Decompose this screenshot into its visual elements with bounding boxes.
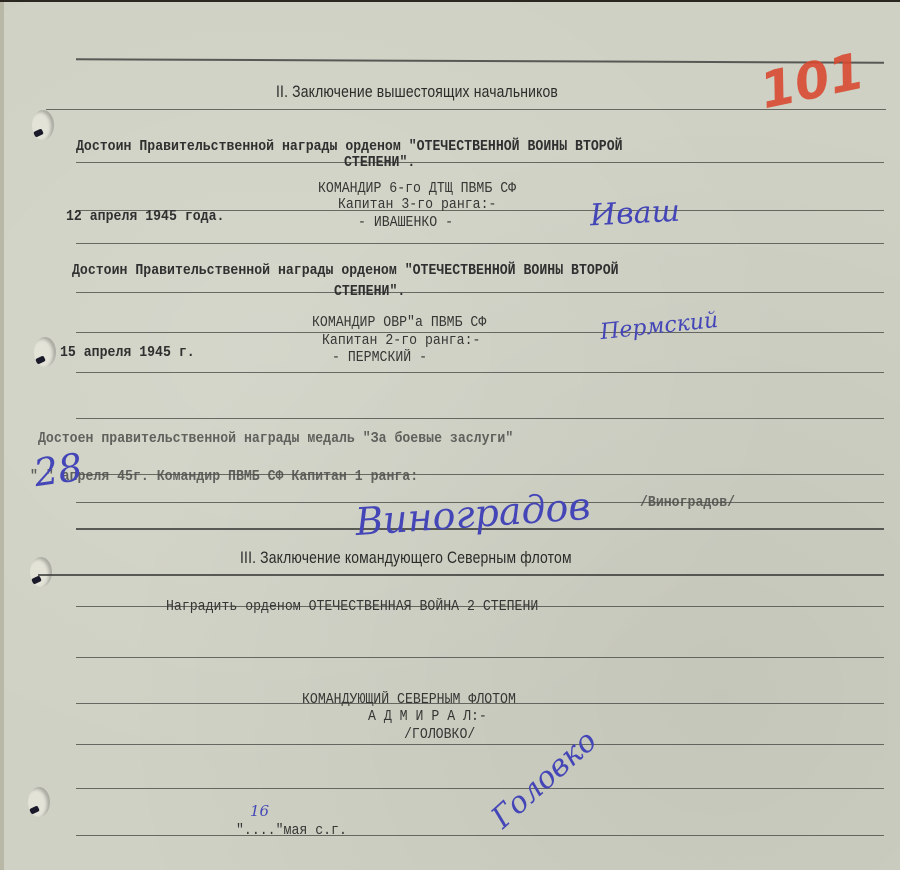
punch-hole	[30, 557, 52, 587]
entry-1-signature: Иваш	[589, 194, 681, 234]
section-3-decision: Наградить орденом ОТЕЧЕСТВЕННАЯ ВОЙНА 2 …	[166, 598, 538, 615]
section-2-heading: II. Заключение вышестоящих начальников	[276, 82, 558, 102]
ruled-line	[76, 243, 884, 244]
entry-2-date: 15 апреля 1945 г.	[60, 344, 195, 361]
entry-2-rank: Капитан 2-го ранга:-	[322, 332, 480, 349]
ruled-line	[76, 292, 884, 293]
section-3-rank: А Д М И Р А Л:-	[368, 708, 487, 725]
entry-3-signature: Виноградов	[354, 484, 592, 544]
entry-1-date: 12 апреля 1945 года.	[66, 208, 224, 225]
section-3-heading: III. Заключение командующего Северным фл…	[240, 548, 572, 568]
entry-2-verdict-cont: СТЕПЕНИ".	[334, 283, 405, 300]
entry-2-verdict: Достоин Правительственной награды ордено…	[72, 262, 619, 279]
ruled-line	[76, 162, 884, 163]
document-page: 101 II. Заключение вышестоящих начальник…	[0, 2, 900, 870]
punch-hole	[28, 787, 50, 817]
entry-1-verdict: Достоин Правительственной награды ордено…	[76, 138, 623, 155]
ruled-line	[38, 574, 884, 576]
entry-3-handwritten-day: 28	[31, 445, 85, 495]
ruled-line	[76, 657, 884, 658]
ruled-line	[76, 744, 884, 745]
section-3-handwritten-day: 16	[250, 802, 269, 820]
entry-3-name: /Виноградов/	[640, 494, 735, 511]
entry-2-name: - ПЕРМСКИЙ -	[332, 349, 427, 366]
section-3-date: "...."мая с.г.	[236, 822, 347, 839]
entry-2-signature: Пермский	[599, 308, 719, 345]
punch-hole	[34, 337, 56, 367]
ruled-line	[76, 788, 884, 789]
entry-1-name: - ИВАШЕНКО -	[358, 214, 453, 231]
ruled-line	[46, 109, 886, 110]
entry-1-position: КОМАНДИР 6-го ДТЩ ПВМБ СФ	[318, 180, 516, 197]
punch-hole	[32, 110, 54, 140]
entry-3-date-line: " " апреля 45г. Командир ПВМБ СФ Капитан…	[30, 468, 418, 485]
entry-3-verdict: Достоен правительственной награды медаль…	[38, 430, 513, 447]
entry-1-verdict-cont: СТЕПЕНИ".	[344, 154, 415, 171]
page-edge	[0, 2, 4, 870]
entry-2-position: КОМАНДИР ОВР"а ПВМБ СФ	[312, 314, 486, 331]
ruled-line	[76, 835, 884, 836]
section-3-position: КОМАНДУЮЩИЙ СЕВЕРНЫМ ФЛОТОМ	[302, 691, 516, 708]
section-3-signature: Головко	[485, 723, 604, 835]
section-3-name: /ГОЛОВКО/	[404, 726, 475, 743]
ruled-line	[76, 372, 884, 373]
ruled-line	[76, 418, 884, 419]
entry-1-rank: Капитан 3-го ранга:-	[338, 196, 496, 213]
